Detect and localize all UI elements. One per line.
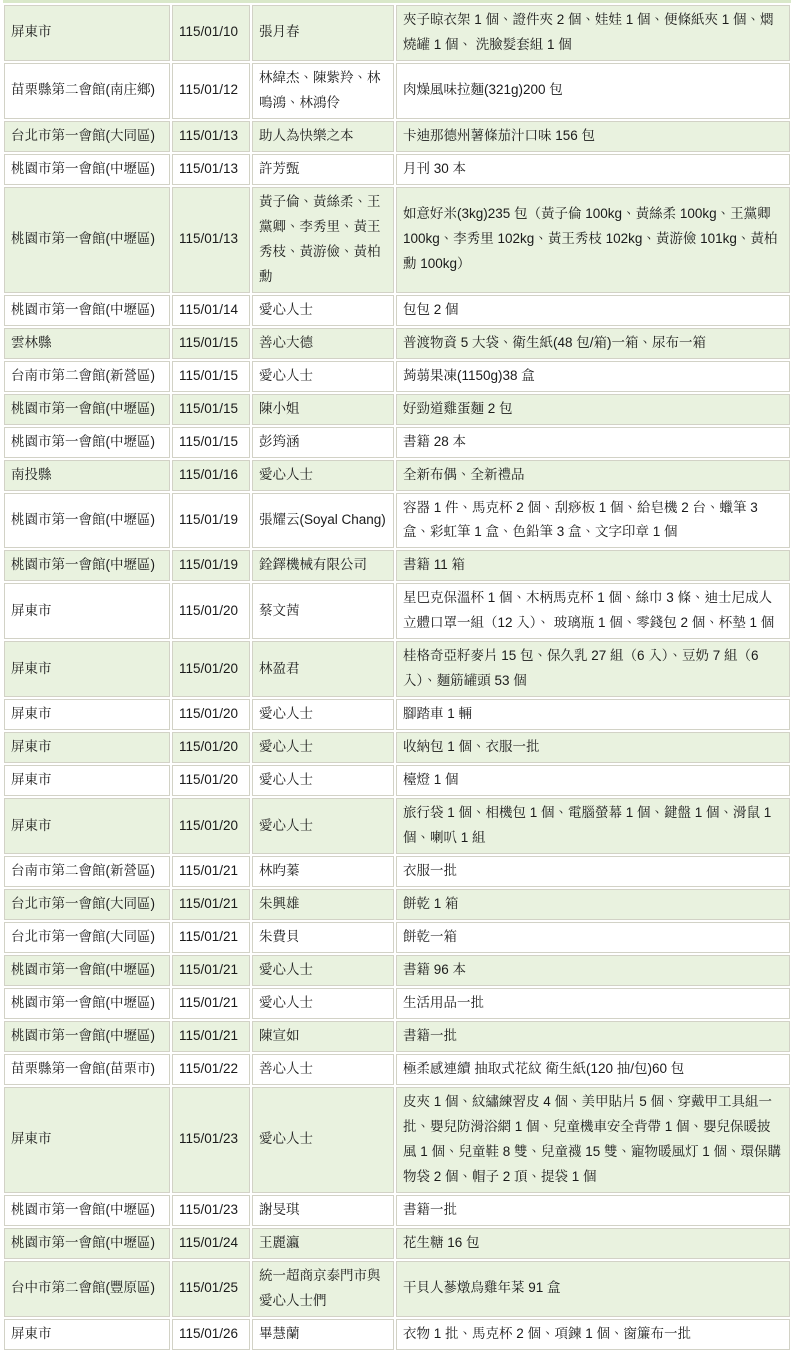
cell-donor: 愛心人士 <box>252 295 394 326</box>
cell-location: 桃園市第一會館(中壢區) <box>4 988 170 1019</box>
cell-location: 屏東市 <box>4 1087 170 1193</box>
table-row: 桃園市第一會館(中壢區)115/01/14愛心人士包包 2 個 <box>4 295 790 326</box>
cell-donor: 王麗瀛 <box>252 1228 394 1259</box>
cell-location: 桃園市第一會館(中壢區) <box>4 955 170 986</box>
cell-items: 餅乾 1 箱 <box>396 889 790 920</box>
cell-location: 屏東市 <box>4 1319 170 1350</box>
cell-date: 115/01/19 <box>172 493 250 549</box>
donation-list-page: 屏東市115/01/10張月春夾子晾衣架 1 個、證件夾 2 個、娃娃 1 個、… <box>0 0 794 1352</box>
cell-donor: 陳宣如 <box>252 1021 394 1052</box>
donation-table-body: 屏東市115/01/10張月春夾子晾衣架 1 個、證件夾 2 個、娃娃 1 個、… <box>4 5 790 1350</box>
cell-donor: 銓鐸機械有限公司 <box>252 550 394 581</box>
cell-location: 屏東市 <box>4 732 170 763</box>
table-row: 桃園市第一會館(中壢區)115/01/15陳小姐好勁道雞蛋麵 2 包 <box>4 394 790 425</box>
cell-date: 115/01/21 <box>172 856 250 887</box>
table-row: 台北市第一會館(大同區)115/01/13助人為快樂之本卡迪那德州薯條茄汁口味 … <box>4 121 790 152</box>
table-row: 桃園市第一會館(中壢區)115/01/21愛心人士生活用品一批 <box>4 988 790 1019</box>
cell-items: 書籍 96 本 <box>396 955 790 986</box>
cell-donor: 愛心人士 <box>252 460 394 491</box>
table-row: 桃園市第一會館(中壢區)115/01/15彭筠涵書籍 28 本 <box>4 427 790 458</box>
cell-donor: 黃子倫、黃絲柔、王黨卿、李秀里、黃王秀枝、黃游儉、黃柏勳 <box>252 187 394 293</box>
table-row: 屏東市115/01/26畢慧蘭衣物 1 批、馬克杯 2 個、項鍊 1 個、窗簾布… <box>4 1319 790 1350</box>
cell-donor: 助人為快樂之本 <box>252 121 394 152</box>
table-row: 南投縣115/01/16愛心人士全新布偶、全新禮品 <box>4 460 790 491</box>
cell-date: 115/01/19 <box>172 550 250 581</box>
table-row: 苗栗縣第二會館(南庄鄉)115/01/12林緯杰、陳紫羚、林鳴鴻、林鴻伶肉燥風味… <box>4 63 790 119</box>
cell-items: 好勁道雞蛋麵 2 包 <box>396 394 790 425</box>
cell-items: 皮夾 1 個、紋繡練習皮 4 個、美甲貼片 5 個、穿戴甲工具組一批、嬰兒防滑浴… <box>396 1087 790 1193</box>
cell-items: 干貝人蔘燉烏雞年菜 91 盒 <box>396 1261 790 1317</box>
table-row: 桃園市第一會館(中壢區)115/01/13許芳甄月刊 30 本 <box>4 154 790 185</box>
cell-location: 桃園市第一會館(中壢區) <box>4 427 170 458</box>
cell-donor: 彭筠涵 <box>252 427 394 458</box>
cell-location: 桃園市第一會館(中壢區) <box>4 550 170 581</box>
cell-items: 如意好米(3kg)235 包（黃子倫 100kg、黃絲柔 100kg、王黨卿 1… <box>396 187 790 293</box>
cell-donor: 陳小姐 <box>252 394 394 425</box>
table-row: 屏東市115/01/20愛心人士腳踏車 1 輛 <box>4 699 790 730</box>
cell-location: 桃園市第一會館(中壢區) <box>4 394 170 425</box>
cell-donor: 許芳甄 <box>252 154 394 185</box>
table-row: 屏東市115/01/20蔡文茜星巴克保溫杯 1 個、木柄馬克杯 1 個、絲巾 3… <box>4 583 790 639</box>
cell-date: 115/01/15 <box>172 328 250 359</box>
table-row: 桃園市第一會館(中壢區)115/01/19張耀云(Soyal Chang)容器 … <box>4 493 790 549</box>
cell-donor: 愛心人士 <box>252 955 394 986</box>
cell-items: 花生糖 16 包 <box>396 1228 790 1259</box>
cell-date: 115/01/20 <box>172 765 250 796</box>
cell-items: 書籍一批 <box>396 1195 790 1226</box>
donation-table: 屏東市115/01/10張月春夾子晾衣架 1 個、證件夾 2 個、娃娃 1 個、… <box>2 3 792 1352</box>
cell-location: 台北市第一會館(大同區) <box>4 889 170 920</box>
table-row: 桃園市第一會館(中壢區)115/01/21陳宣如書籍一批 <box>4 1021 790 1052</box>
cell-donor: 統一超商京泰門市與愛心人士們 <box>252 1261 394 1317</box>
cell-date: 115/01/15 <box>172 361 250 392</box>
cell-donor: 謝旻琪 <box>252 1195 394 1226</box>
cell-items: 包包 2 個 <box>396 295 790 326</box>
cell-items: 卡迪那德州薯條茄汁口味 156 包 <box>396 121 790 152</box>
cell-date: 115/01/10 <box>172 5 250 61</box>
cell-date: 115/01/14 <box>172 295 250 326</box>
cell-donor: 畢慧蘭 <box>252 1319 394 1350</box>
cell-date: 115/01/13 <box>172 121 250 152</box>
table-row: 屏東市115/01/20愛心人士收納包 1 個、衣服一批 <box>4 732 790 763</box>
cell-location: 台南市第二會館(新營區) <box>4 856 170 887</box>
cell-items: 星巴克保溫杯 1 個、木柄馬克杯 1 個、絲巾 3 條、迪士尼成人立體口罩一組（… <box>396 583 790 639</box>
cell-items: 容器 1 件、馬克杯 2 個、刮痧板 1 個、給皂機 2 台、蠟筆 3 盒、彩虹… <box>396 493 790 549</box>
cell-donor: 愛心人士 <box>252 699 394 730</box>
cell-items: 蒟蒻果凍(1150g)38 盒 <box>396 361 790 392</box>
cell-items: 月刊 30 本 <box>396 154 790 185</box>
table-row: 屏東市115/01/20林盈君桂格奇亞籽麥片 15 包、保久乳 27 組（6 入… <box>4 641 790 697</box>
table-row: 台南市第二會館(新營區)115/01/15愛心人士蒟蒻果凍(1150g)38 盒 <box>4 361 790 392</box>
cell-location: 屏東市 <box>4 583 170 639</box>
cell-donor: 朱費貝 <box>252 922 394 953</box>
cell-date: 115/01/25 <box>172 1261 250 1317</box>
cell-items: 書籍 11 箱 <box>396 550 790 581</box>
cell-date: 115/01/20 <box>172 798 250 854</box>
cell-date: 115/01/23 <box>172 1087 250 1193</box>
cell-items: 極柔感連續 抽取式花紋 衛生紙(120 抽/包)60 包 <box>396 1054 790 1085</box>
cell-location: 苗栗縣第二會館(南庄鄉) <box>4 63 170 119</box>
cell-date: 115/01/20 <box>172 732 250 763</box>
cell-date: 115/01/12 <box>172 63 250 119</box>
table-row: 桃園市第一會館(中壢區)115/01/19銓鐸機械有限公司書籍 11 箱 <box>4 550 790 581</box>
cell-date: 115/01/24 <box>172 1228 250 1259</box>
cell-location: 屏東市 <box>4 765 170 796</box>
cell-location: 桃園市第一會館(中壢區) <box>4 295 170 326</box>
cell-date: 115/01/21 <box>172 988 250 1019</box>
cell-location: 桃園市第一會館(中壢區) <box>4 154 170 185</box>
cell-donor: 善心大德 <box>252 328 394 359</box>
cell-date: 115/01/23 <box>172 1195 250 1226</box>
cell-items: 書籍 28 本 <box>396 427 790 458</box>
cell-location: 南投縣 <box>4 460 170 491</box>
cell-location: 台北市第一會館(大同區) <box>4 121 170 152</box>
cell-items: 餅乾一箱 <box>396 922 790 953</box>
cell-donor: 張月春 <box>252 5 394 61</box>
cell-donor: 善心人士 <box>252 1054 394 1085</box>
cell-items: 旅行袋 1 個、相機包 1 個、電腦螢幕 1 個、鍵盤 1 個、滑鼠 1 個、喇… <box>396 798 790 854</box>
table-row: 屏東市115/01/23愛心人士皮夾 1 個、紋繡練習皮 4 個、美甲貼片 5 … <box>4 1087 790 1193</box>
cell-date: 115/01/20 <box>172 641 250 697</box>
cell-location: 屏東市 <box>4 798 170 854</box>
cell-items: 夾子晾衣架 1 個、證件夾 2 個、娃娃 1 個、便條紙夾 1 個、燜燒罐 1 … <box>396 5 790 61</box>
table-row: 桃園市第一會館(中壢區)115/01/21愛心人士書籍 96 本 <box>4 955 790 986</box>
cell-location: 台中市第二會館(豐原區) <box>4 1261 170 1317</box>
cell-donor: 林緯杰、陳紫羚、林鳴鴻、林鴻伶 <box>252 63 394 119</box>
cell-location: 屏東市 <box>4 699 170 730</box>
table-row: 屏東市115/01/10張月春夾子晾衣架 1 個、證件夾 2 個、娃娃 1 個、… <box>4 5 790 61</box>
cell-date: 115/01/16 <box>172 460 250 491</box>
cell-items: 普渡物資 5 大袋、衛生紙(48 包/箱)一箱、尿布一箱 <box>396 328 790 359</box>
cell-date: 115/01/22 <box>172 1054 250 1085</box>
cell-date: 115/01/21 <box>172 955 250 986</box>
cell-donor: 愛心人士 <box>252 1087 394 1193</box>
table-row: 雲林縣115/01/15善心大德普渡物資 5 大袋、衛生紙(48 包/箱)一箱、… <box>4 328 790 359</box>
table-row: 苗栗縣第一會館(苗栗市)115/01/22善心人士極柔感連續 抽取式花紋 衛生紙… <box>4 1054 790 1085</box>
cell-items: 檯燈 1 個 <box>396 765 790 796</box>
cell-location: 桃園市第一會館(中壢區) <box>4 1195 170 1226</box>
cell-donor: 愛心人士 <box>252 361 394 392</box>
cell-location: 桃園市第一會館(中壢區) <box>4 1021 170 1052</box>
cell-donor: 朱興雄 <box>252 889 394 920</box>
cell-donor: 林盈君 <box>252 641 394 697</box>
cell-donor: 愛心人士 <box>252 765 394 796</box>
cell-items: 腳踏車 1 輛 <box>396 699 790 730</box>
cell-date: 115/01/21 <box>172 922 250 953</box>
cell-date: 115/01/20 <box>172 699 250 730</box>
cell-date: 115/01/13 <box>172 154 250 185</box>
cell-date: 115/01/21 <box>172 1021 250 1052</box>
cell-location: 雲林縣 <box>4 328 170 359</box>
cell-items: 收納包 1 個、衣服一批 <box>396 732 790 763</box>
cell-location: 桃園市第一會館(中壢區) <box>4 1228 170 1259</box>
cell-date: 115/01/13 <box>172 187 250 293</box>
cell-donor: 蔡文茜 <box>252 583 394 639</box>
cell-location: 桃園市第一會館(中壢區) <box>4 493 170 549</box>
cell-donor: 張耀云(Soyal Chang) <box>252 493 394 549</box>
cell-items: 桂格奇亞籽麥片 15 包、保久乳 27 組（6 入）、豆奶 7 組（6 入）、麵… <box>396 641 790 697</box>
cell-donor: 林昀蓁 <box>252 856 394 887</box>
cell-date: 115/01/15 <box>172 427 250 458</box>
table-row: 台北市第一會館(大同區)115/01/21朱費貝餅乾一箱 <box>4 922 790 953</box>
table-row: 台中市第二會館(豐原區)115/01/25統一超商京泰門市與愛心人士們干貝人蔘燉… <box>4 1261 790 1317</box>
table-row: 台北市第一會館(大同區)115/01/21朱興雄餅乾 1 箱 <box>4 889 790 920</box>
cell-date: 115/01/20 <box>172 583 250 639</box>
cell-location: 台南市第二會館(新營區) <box>4 361 170 392</box>
cell-location: 台北市第一會館(大同區) <box>4 922 170 953</box>
table-row: 屏東市115/01/20愛心人士檯燈 1 個 <box>4 765 790 796</box>
cell-location: 桃園市第一會館(中壢區) <box>4 187 170 293</box>
cell-date: 115/01/26 <box>172 1319 250 1350</box>
table-row: 桃園市第一會館(中壢區)115/01/13黃子倫、黃絲柔、王黨卿、李秀里、黃王秀… <box>4 187 790 293</box>
cell-date: 115/01/15 <box>172 394 250 425</box>
table-row: 台南市第二會館(新營區)115/01/21林昀蓁衣服一批 <box>4 856 790 887</box>
cell-location: 屏東市 <box>4 641 170 697</box>
cell-location: 屏東市 <box>4 5 170 61</box>
cell-items: 衣物 1 批、馬克杯 2 個、項鍊 1 個、窗簾布一批 <box>396 1319 790 1350</box>
cell-date: 115/01/21 <box>172 889 250 920</box>
cell-donor: 愛心人士 <box>252 988 394 1019</box>
cell-items: 生活用品一批 <box>396 988 790 1019</box>
cell-items: 全新布偶、全新禮品 <box>396 460 790 491</box>
cell-location: 苗栗縣第一會館(苗栗市) <box>4 1054 170 1085</box>
table-row: 屏東市115/01/20愛心人士旅行袋 1 個、相機包 1 個、電腦螢幕 1 個… <box>4 798 790 854</box>
cell-items: 衣服一批 <box>396 856 790 887</box>
table-row: 桃園市第一會館(中壢區)115/01/24王麗瀛花生糖 16 包 <box>4 1228 790 1259</box>
cell-items: 肉燥風味拉麵(321g)200 包 <box>396 63 790 119</box>
cell-items: 書籍一批 <box>396 1021 790 1052</box>
table-row: 桃園市第一會館(中壢區)115/01/23謝旻琪書籍一批 <box>4 1195 790 1226</box>
cell-donor: 愛心人士 <box>252 798 394 854</box>
cell-donor: 愛心人士 <box>252 732 394 763</box>
